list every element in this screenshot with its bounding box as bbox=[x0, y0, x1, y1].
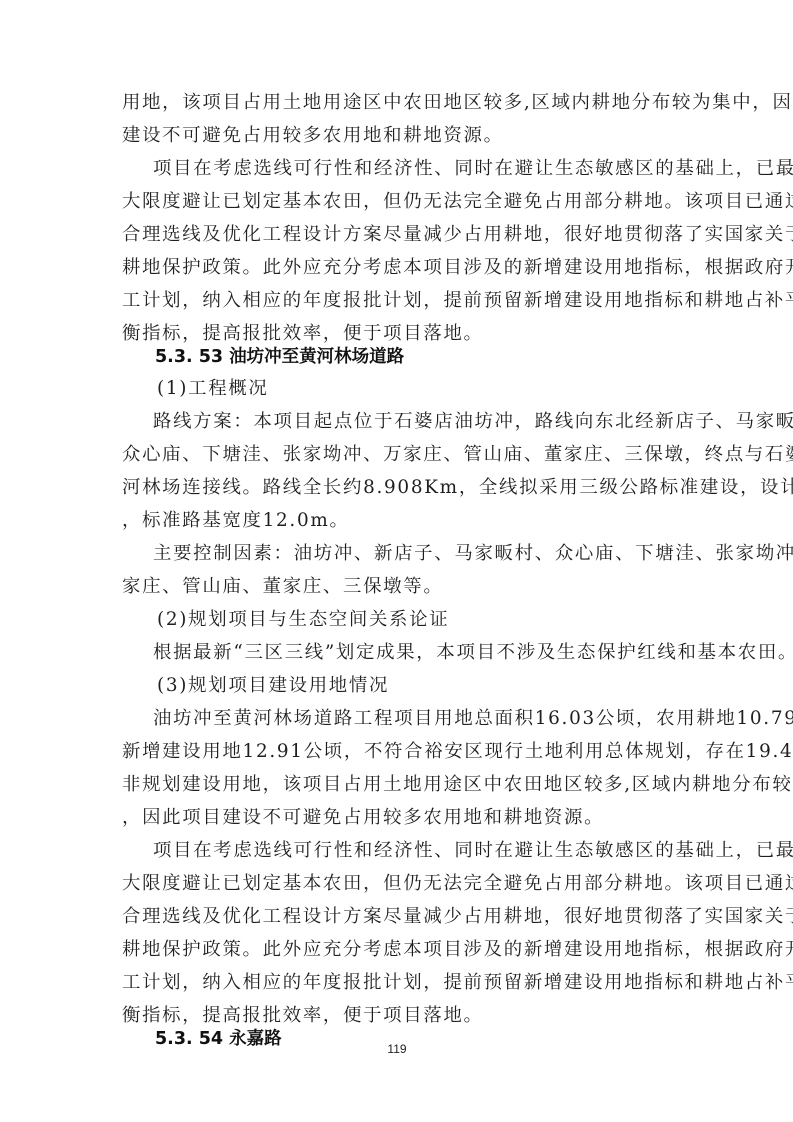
paragraph-line: 用地，该项目占用土地用途区中农田地区较多,区域内耕地分布较为集中，因此项目 bbox=[122, 92, 674, 114]
paragraph-line: 衡指标，提高报批效率，便于项目落地。 bbox=[122, 323, 674, 345]
paragraph-first-line: 项目在考虑选线可行性和经济性、同时在避让生态敏感区的基础上，已最 bbox=[153, 158, 673, 180]
subsection-label: (2)规划项目与生态空间关系论证 bbox=[157, 609, 709, 631]
section-heading: 5.3. 54 永嘉路 bbox=[155, 1028, 282, 1050]
paragraph-line: 合理选线及优化工程设计方案尽量减少占用耕地，很好地贯彻落了实国家关于 bbox=[122, 906, 674, 928]
paragraph-line: 耕地保护政策。此外应充分考虑本项目涉及的新增建设用地指标，根据政府开 bbox=[122, 939, 674, 961]
page-number: 119 bbox=[384, 1042, 410, 1056]
paragraph-line: 大限度避让已划定基本农田，但仍无法完全避免占用部分耕地。该项目已通过 bbox=[122, 873, 674, 895]
paragraph-line: ，标准路基宽度12.0m。 bbox=[122, 510, 674, 532]
paragraph-line: 众心庙、下塘洼、张家坳冲、万家庄、管山庙、董家庄、三保墩，终点与石婆店黄 bbox=[122, 444, 674, 466]
paragraph-line: 工计划，纳入相应的年度报批计划，提前预留新增建设用地指标和耕地占补平 bbox=[122, 290, 674, 312]
paragraph-line: 河林场连接线。路线全长约8.908Km，全线拟采用三级公路标准建设，设计车速40… bbox=[122, 477, 674, 499]
paragraph-line: 新增建设用地12.91公顷，不符合裕安区现行土地利用总体规划，存在19.43公顷… bbox=[122, 741, 674, 763]
paragraph-line: 非规划建设用地，该项目占用土地用途区中农田地区较多,区域内耕地分布较为集中 bbox=[122, 774, 674, 796]
paragraph-line: 合理选线及优化工程设计方案尽量减少占用耕地，很好地贯彻落了实国家关于 bbox=[122, 224, 674, 246]
paragraph-first-line: 主要控制因素：油坊冲、新店子、马家畈村、众心庙、下塘洼、张家坳冲、万 bbox=[153, 543, 673, 565]
paragraph-line: 工计划，纳入相应的年度报批计划，提前预留新增建设用地指标和耕地占补平 bbox=[122, 972, 674, 994]
document-page: 用地，该项目占用土地用途区中农田地区较多,区域内耕地分布较为集中，因此项目建设不… bbox=[0, 0, 793, 1122]
paragraph-line: ，因此项目建设不可避免占用较多农用地和耕地资源。 bbox=[122, 807, 674, 829]
section-heading: 5.3. 53 油坊冲至黄河林场道路 bbox=[155, 346, 404, 368]
paragraph-line: 耕地保护政策。此外应充分考虑本项目涉及的新增建设用地指标，根据政府开 bbox=[122, 257, 674, 279]
subsection-label: (1)工程概况 bbox=[157, 378, 709, 400]
paragraph-line: 建设不可避免占用较多农用地和耕地资源。 bbox=[122, 125, 674, 147]
paragraph-first-line: 路线方案：本项目起点位于石婆店油坊冲，路线向东北经新店子、马家畈村、 bbox=[153, 411, 673, 433]
paragraph-first-line: 项目在考虑选线可行性和经济性、同时在避让生态敏感区的基础上，已最 bbox=[153, 840, 673, 862]
subsection-label: (3)规划项目建设用地情况 bbox=[157, 675, 709, 697]
paragraph-first-line: 油坊冲至黄河林场道路工程项目用地总面积16.03公顷，农用耕地10.79公顷， bbox=[153, 708, 673, 730]
paragraph-line: 大限度避让已划定基本农田，但仍无法完全避免占用部分耕地。该项目已通过 bbox=[122, 191, 674, 213]
paragraph-line: 家庄、管山庙、董家庄、三保墩等。 bbox=[122, 576, 674, 598]
paragraph-first-line: 根据最新“三区三线”划定成果，本项目不涉及生态保护红线和基本农田。 bbox=[153, 642, 673, 664]
paragraph-line: 衡指标，提高报批效率，便于项目落地。 bbox=[122, 1005, 674, 1027]
